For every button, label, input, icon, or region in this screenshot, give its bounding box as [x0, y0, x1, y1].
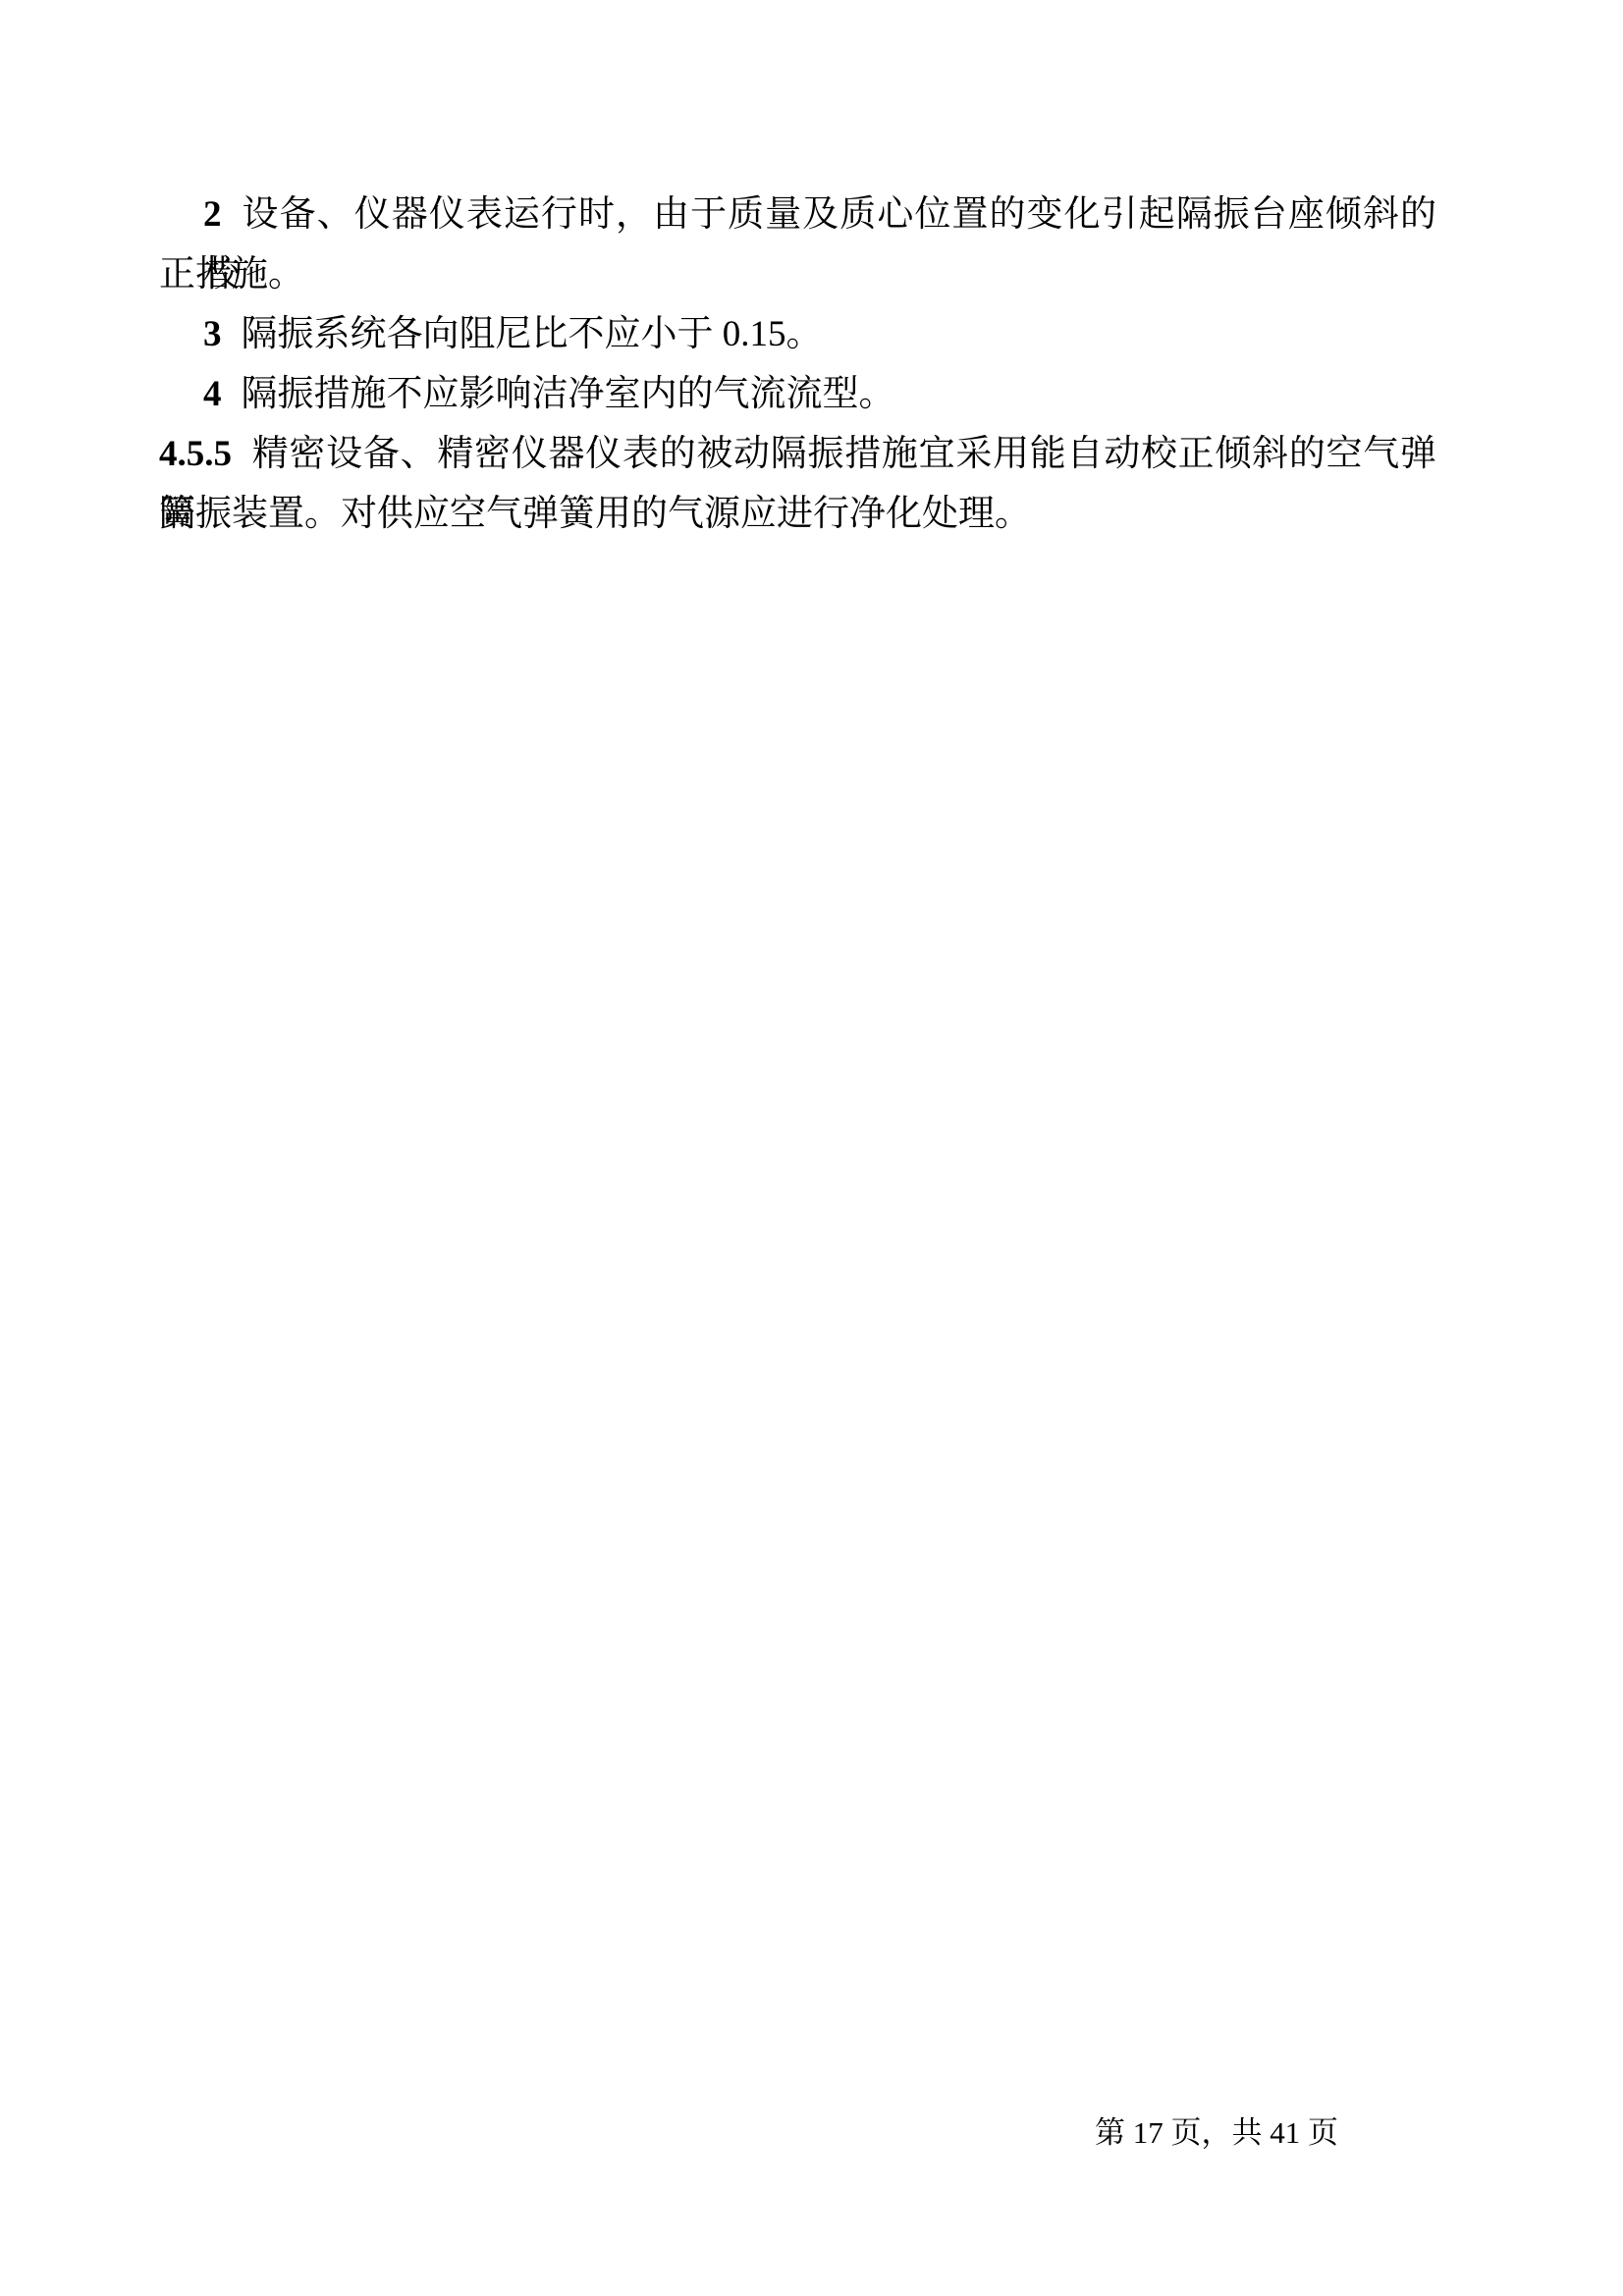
text-line: 2设备、仪器仪表运行时，由于质量及质心位置的变化引起隔振台座倾斜的校 — [159, 185, 1436, 244]
text-line: 4隔振措施不应影响洁净室内的气流流型。 — [159, 364, 1436, 424]
page-footer: 第 17 页，共 41 页 — [1095, 2111, 1338, 2155]
item-number: 2 — [203, 194, 222, 235]
item-number: 4 — [203, 374, 222, 414]
line-text: 隔振系统各向阻尼比不应小于 0.15。 — [242, 314, 823, 354]
text-line: 4.5.5精密设备、精密仪器仪表的被动隔振措施宜采用能自动校正倾斜的空气弹簧 — [159, 424, 1436, 484]
text-line: 3隔振系统各向阻尼比不应小于 0.15。 — [159, 304, 1436, 364]
document-page: 2设备、仪器仪表运行时，由于质量及质心位置的变化引起隔振台座倾斜的校 正措施。 … — [0, 0, 1623, 2296]
document-body: 2设备、仪器仪表运行时，由于质量及质心位置的变化引起隔振台座倾斜的校 正措施。 … — [159, 185, 1436, 544]
text-line: 隔振装置。对供应空气弹簧用的气源应进行净化处理。 — [159, 484, 1436, 544]
line-text: 隔振装置。对供应空气弹簧用的气源应进行净化处理。 — [159, 494, 1031, 534]
line-text: 隔振措施不应影响洁净室内的气流流型。 — [242, 374, 895, 414]
page-indicator: 第 17 页，共 41 页 — [1095, 2115, 1338, 2150]
clause-number: 4.5.5 — [159, 434, 232, 474]
item-number: 3 — [203, 314, 222, 354]
line-text: 正措施。 — [159, 254, 304, 294]
text-line: 正措施。 — [159, 244, 1436, 304]
